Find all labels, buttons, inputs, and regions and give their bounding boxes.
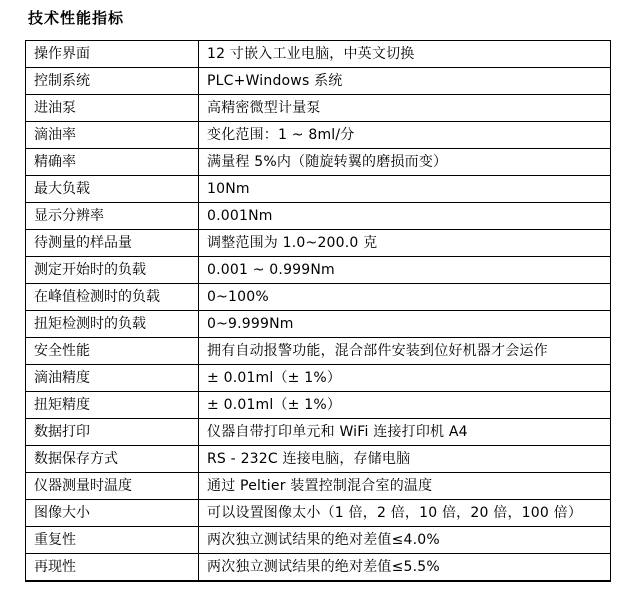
table-row: 最大负载10Nm <box>26 176 611 203</box>
spec-label-cell: 显示分辨率 <box>26 203 199 230</box>
spec-table: 操作界面12 寸嵌入工业电脑，中英文切换控制系统PLC+Windows 系统进油… <box>25 40 611 582</box>
spec-value-cell: 10Nm <box>199 176 611 203</box>
spec-value-cell: ± 0.01ml（± 1%） <box>199 365 611 392</box>
table-row: 数据保存方式RS - 232C 连接电脑，存储电脑 <box>26 446 611 473</box>
spec-label-cell: 图像大小 <box>26 500 199 527</box>
spec-value-cell: ± 0.01ml（± 1%） <box>199 392 611 419</box>
spec-label-cell: 测定开始时的负载 <box>26 257 199 284</box>
spec-label-cell: 扭矩精度 <box>26 392 199 419</box>
spec-value-cell: RS - 232C 连接电脑，存储电脑 <box>199 446 611 473</box>
spec-label-cell: 数据保存方式 <box>26 446 199 473</box>
table-row: 扭矩精度± 0.01ml（± 1%） <box>26 392 611 419</box>
table-row: 滴油率变化范围：1 ~ 8ml/分 <box>26 122 611 149</box>
table-row: 安全性能拥有自动报警功能，混合部件安装到位好机器才会运作 <box>26 338 611 365</box>
table-row: 滴油精度± 0.01ml（± 1%） <box>26 365 611 392</box>
spec-label-cell: 再现性 <box>26 554 199 582</box>
spec-label-cell: 安全性能 <box>26 338 199 365</box>
spec-label-cell: 精确率 <box>26 149 199 176</box>
table-row: 再现性两次独立测试结果的绝对差值≤5.5% <box>26 554 611 582</box>
table-row: 重复性两次独立测试结果的绝对差值≤4.0% <box>26 527 611 554</box>
spec-value-cell: 调整范围为 1.0~200.0 克 <box>199 230 611 257</box>
page-title: 技术性能指标 <box>28 8 610 28</box>
spec-value-cell: 两次独立测试结果的绝对差值≤4.0% <box>199 527 611 554</box>
table-row: 控制系统PLC+Windows 系统 <box>26 68 611 95</box>
spec-value-cell: 0.001 ~ 0.999Nm <box>199 257 611 284</box>
table-row: 扭矩检测时的负载0~9.999Nm <box>26 311 611 338</box>
spec-label-cell: 待测量的样品量 <box>26 230 199 257</box>
table-row: 数据打印仪器自带打印单元和 WiFi 连接打印机 A4 <box>26 419 611 446</box>
spec-value-cell: 0~100% <box>199 284 611 311</box>
spec-value-cell: 仪器自带打印单元和 WiFi 连接打印机 A4 <box>199 419 611 446</box>
spec-label-cell: 重复性 <box>26 527 199 554</box>
spec-value-cell: 可以设置图像太小（1 倍，2 倍，10 倍，20 倍，100 倍） <box>199 500 611 527</box>
spec-value-cell: 拥有自动报警功能，混合部件安装到位好机器才会运作 <box>199 338 611 365</box>
spec-value-cell: 12 寸嵌入工业电脑，中英文切换 <box>199 41 611 68</box>
spec-table-body: 操作界面12 寸嵌入工业电脑，中英文切换控制系统PLC+Windows 系统进油… <box>26 41 611 582</box>
table-row: 显示分辨率0.001Nm <box>26 203 611 230</box>
spec-label-cell: 控制系统 <box>26 68 199 95</box>
spec-label-cell: 滴油率 <box>26 122 199 149</box>
table-row: 图像大小可以设置图像太小（1 倍，2 倍，10 倍，20 倍，100 倍） <box>26 500 611 527</box>
table-row: 精确率满量程 5%内（随旋转翼的磨损而变） <box>26 149 611 176</box>
spec-value-cell: 满量程 5%内（随旋转翼的磨损而变） <box>199 149 611 176</box>
spec-value-cell: 通过 Peltier 装置控制混合室的温度 <box>199 473 611 500</box>
spec-value-cell: PLC+Windows 系统 <box>199 68 611 95</box>
spec-label-cell: 仪器测量时温度 <box>26 473 199 500</box>
spec-label-cell: 在峰值检测时的负载 <box>26 284 199 311</box>
table-row: 在峰值检测时的负载0~100% <box>26 284 611 311</box>
spec-label-cell: 滴油精度 <box>26 365 199 392</box>
table-row: 操作界面12 寸嵌入工业电脑，中英文切换 <box>26 41 611 68</box>
spec-value-cell: 两次独立测试结果的绝对差值≤5.5% <box>199 554 611 582</box>
spec-label-cell: 进油泵 <box>26 95 199 122</box>
spec-value-cell: 0.001Nm <box>199 203 611 230</box>
spec-value-cell: 0~9.999Nm <box>199 311 611 338</box>
table-row: 待测量的样品量调整范围为 1.0~200.0 克 <box>26 230 611 257</box>
table-row: 进油泵高精密微型计量泵 <box>26 95 611 122</box>
spec-value-cell: 变化范围：1 ~ 8ml/分 <box>199 122 611 149</box>
spec-value-cell: 高精密微型计量泵 <box>199 95 611 122</box>
table-row: 测定开始时的负载0.001 ~ 0.999Nm <box>26 257 611 284</box>
spec-label-cell: 扭矩检测时的负载 <box>26 311 199 338</box>
spec-label-cell: 操作界面 <box>26 41 199 68</box>
document-page: 技术性能指标 操作界面12 寸嵌入工业电脑，中英文切换控制系统PLC+Windo… <box>0 0 629 582</box>
table-row: 仪器测量时温度通过 Peltier 装置控制混合室的温度 <box>26 473 611 500</box>
spec-label-cell: 最大负载 <box>26 176 199 203</box>
spec-label-cell: 数据打印 <box>26 419 199 446</box>
